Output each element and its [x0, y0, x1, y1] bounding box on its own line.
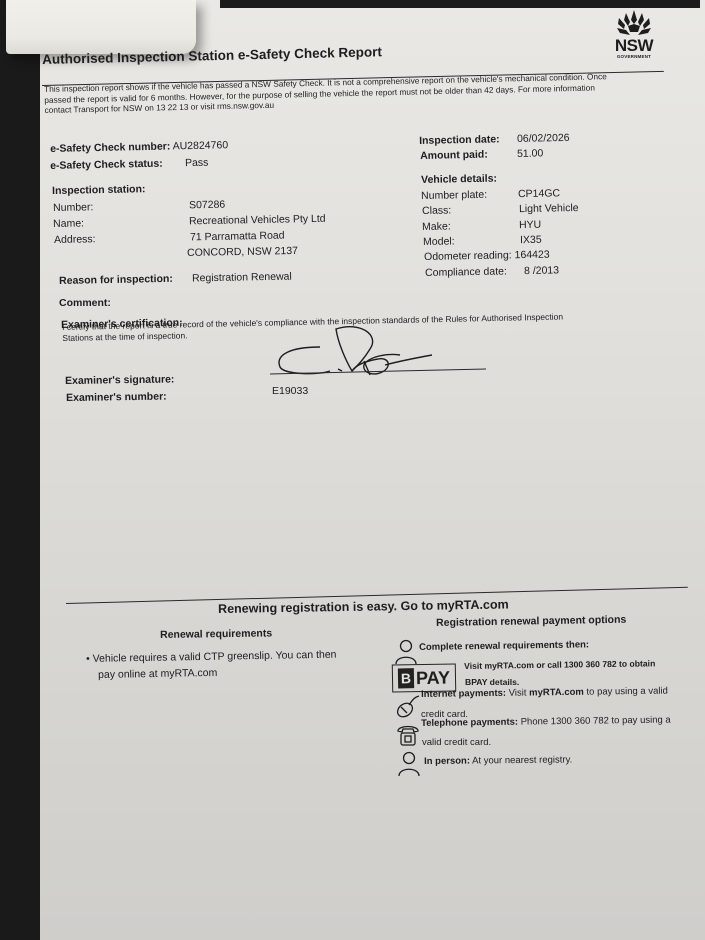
internet-payments-text: Visit: [506, 687, 529, 698]
station-address-line1: 71 Parramatta Road: [190, 230, 285, 244]
internet-payments-text: to pay using a valid: [584, 686, 668, 698]
station-name-label: Name:: [53, 215, 186, 230]
reason-label: Reason for inspection:: [59, 273, 189, 287]
logo-text: NSW: [610, 38, 658, 54]
person-icon: [394, 639, 418, 665]
check-number-value: AU2824760: [173, 139, 229, 152]
bpay-line2: BPAY details.: [465, 676, 519, 688]
vehicle-odometer-value: 164423: [514, 249, 549, 262]
vehicle-class-label: Class:: [422, 203, 516, 217]
vehicle-compliance-row: Compliance date: 8 /2013: [425, 264, 559, 279]
vehicle-plate-label: Number plate:: [421, 188, 515, 202]
telephone-payments-text: Phone 1300 360 782 to pay using a: [518, 715, 671, 728]
vehicle-plate-value: CP14GC: [518, 187, 560, 200]
examiner-signature: [260, 325, 490, 385]
vehicle-heading: Vehicle details:: [421, 173, 497, 186]
comment-label: Comment:: [59, 297, 111, 309]
logo-subtitle: GOVERNMENT: [610, 54, 658, 59]
vehicle-make-row: Make: HYU: [422, 219, 541, 233]
requirement-item-cont: pay online at myRTA.com: [98, 667, 217, 682]
requirements-heading: Renewal requirements: [160, 627, 272, 641]
vehicle-compliance-label: Compliance date:: [425, 265, 521, 279]
waratah-icon: [614, 8, 654, 38]
telephone-payments-label: Telephone payments:: [421, 717, 518, 729]
person-icon: [397, 751, 421, 777]
inspection-date-label: Inspection date:: [419, 133, 514, 147]
check-status-value: Pass: [185, 157, 209, 169]
reason-value: Registration Renewal: [192, 271, 292, 285]
telephone-icon: [396, 723, 420, 747]
vehicle-odometer-label: Odometer reading:: [424, 249, 512, 263]
paper-curl: [6, 0, 196, 54]
in-person-label: In person:: [424, 756, 470, 767]
telephone-payments-line2: valid credit card.: [422, 737, 491, 749]
examiner-number-value: E19033: [272, 385, 308, 397]
background-top: [220, 0, 700, 8]
vehicle-model-row: Model: IX35: [423, 234, 542, 248]
station-number-value: S07286: [189, 199, 225, 212]
in-person-row: In person: At your nearest registry.: [424, 754, 572, 768]
bpay-mark-icon: B: [398, 668, 414, 688]
in-person-text: At your nearest registry.: [470, 754, 572, 766]
check-number-label: e-Safety Check number:: [50, 140, 170, 155]
signature-label: Examiner's signature:: [65, 373, 174, 387]
amount-paid-value: 51.00: [517, 147, 544, 160]
nsw-government-logo: NSW GOVERNMENT: [610, 8, 658, 66]
vehicle-compliance-value: 8 /2013: [524, 264, 559, 277]
vehicle-class-value: Light Vehicle: [519, 202, 579, 215]
vehicle-make-value: HYU: [519, 219, 541, 231]
amount-paid-row: Amount paid: 51.00: [420, 147, 543, 162]
vehicle-model-label: Model:: [423, 234, 517, 248]
station-number-label: Number:: [53, 199, 186, 214]
mouse-icon: [395, 693, 421, 719]
vehicle-model-value: IX35: [520, 234, 542, 246]
vehicle-make-label: Make:: [422, 219, 516, 233]
bpay-logo-text: PAY: [416, 667, 450, 689]
station-address-label: Address:: [54, 231, 187, 246]
examiner-number-label: Examiner's number:: [66, 391, 167, 404]
inspection-date-value: 06/02/2026: [517, 132, 570, 145]
vehicle-odometer-row: Odometer reading: 164423: [424, 249, 550, 263]
internet-payments-label: Internet payments:: [421, 688, 506, 700]
amount-paid-label: Amount paid:: [420, 148, 514, 162]
myrta-link[interactable]: myRTA.com: [529, 687, 584, 699]
station-heading: Inspection station:: [52, 183, 146, 197]
station-address-line2: CONCORD, NSW 2137: [187, 245, 298, 259]
